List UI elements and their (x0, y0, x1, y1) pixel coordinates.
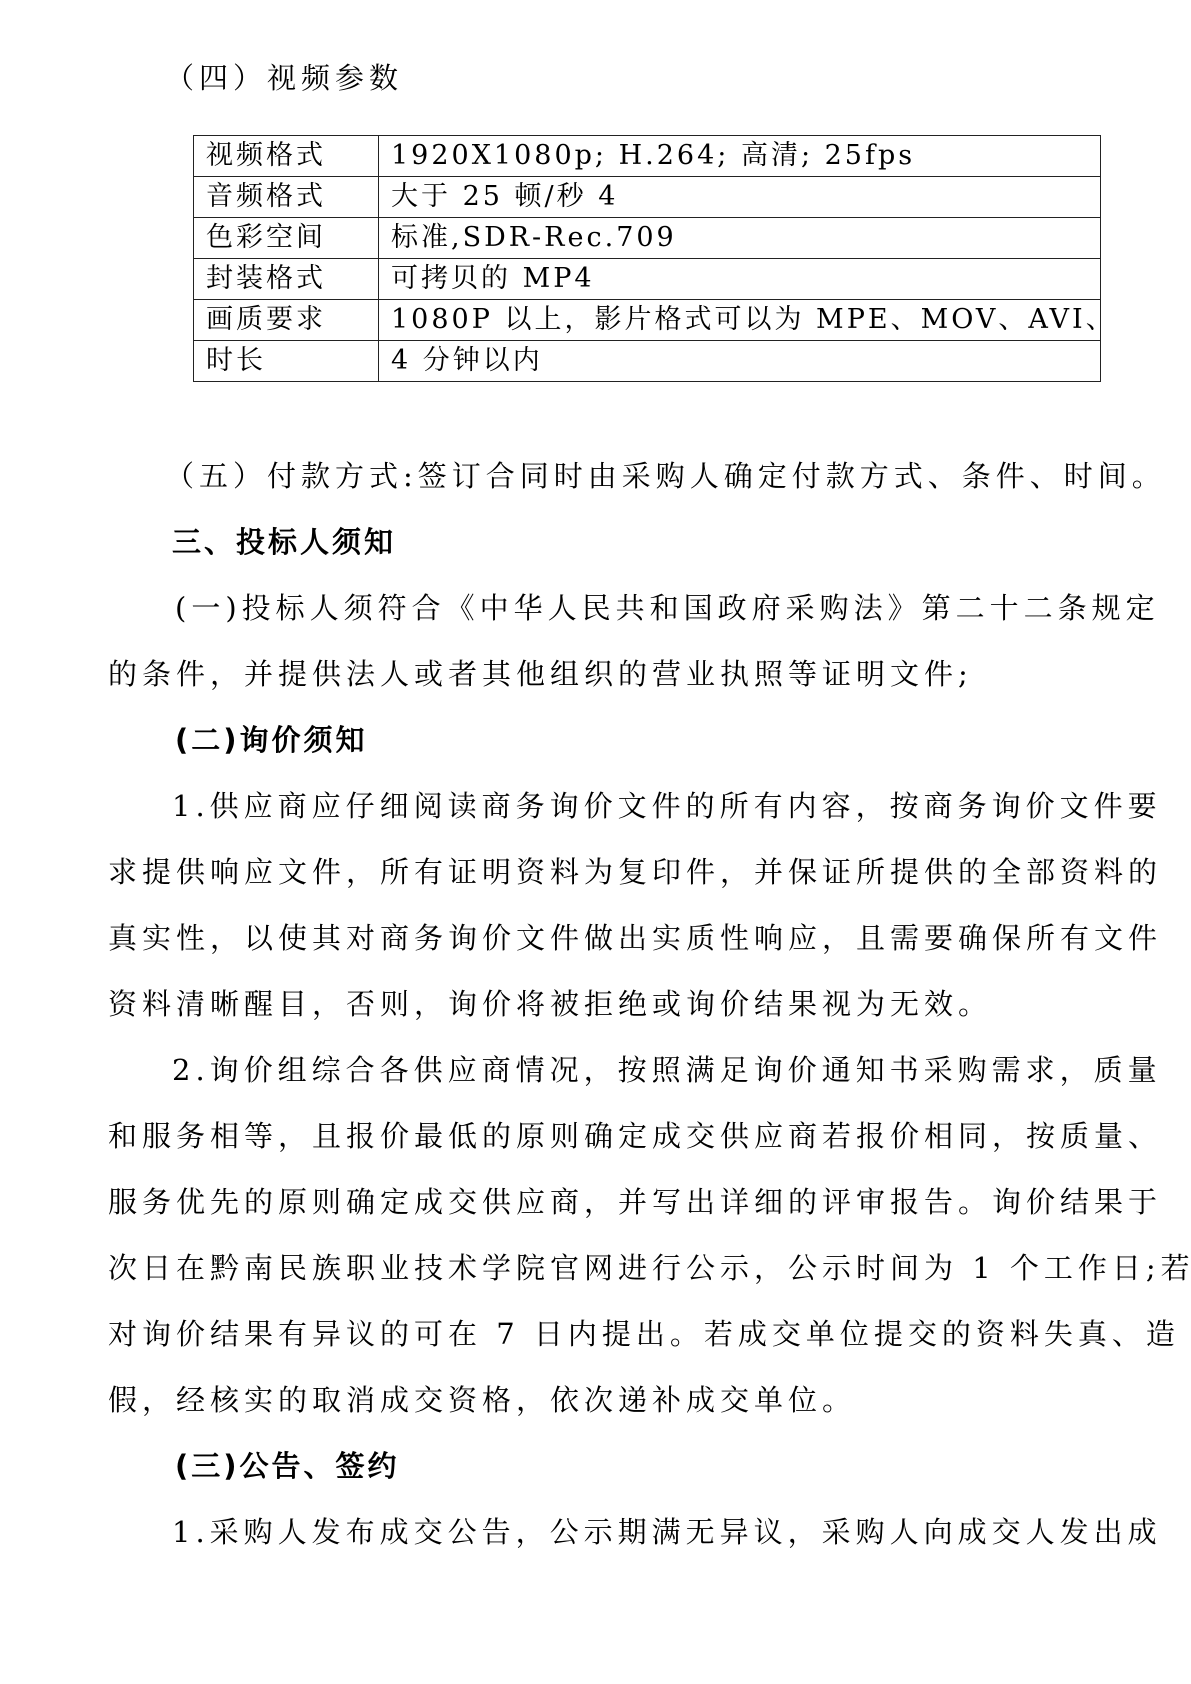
paragraph-line: 真实性，以使其对商务询价文件做出实质性响应，且需要确保所有文件 (108, 918, 1162, 958)
table-cell-label: 音频格式 (194, 177, 379, 218)
table-cell-value: 可拷贝的 MP4 (379, 259, 1101, 300)
subsection-heading-inquiry-notice: (二)询价须知 (175, 720, 368, 760)
paragraph-line: 1.采购人发布成交公告，公示期满无异议，采购人向成交人发出成 (172, 1512, 1162, 1552)
table-cell-label: 色彩空间 (194, 218, 379, 259)
table-cell-value: 1920X1080p; H.264; 高清; 25fps (379, 136, 1101, 177)
subsection-heading-announcement-signing: (三)公告、签约 (175, 1446, 400, 1486)
section-heading-bidder-notice: 三、投标人须知 (172, 522, 396, 562)
table-cell-label: 封装格式 (194, 259, 379, 300)
paragraph-line: 假，经核实的取消成交资格，依次递补成交单位。 (108, 1380, 856, 1420)
table-row: 封装格式 可拷贝的 MP4 (194, 259, 1101, 300)
paragraph-line: 的条件，并提供法人或者其他组织的营业执照等证明文件; (108, 654, 973, 694)
paragraph-line: (一)投标人须符合《中华人民共和国政府采购法》第二十二条规定 (175, 588, 1160, 628)
table-cell-label: 画质要求 (194, 300, 379, 341)
table-row: 音频格式 大于 25 顿/秒 4 (194, 177, 1101, 218)
table-row: 时长 4 分钟以内 (194, 341, 1101, 382)
paragraph-line: 服务优先的原则确定成交供应商，并写出详细的评审报告。询价结果于 (108, 1182, 1162, 1222)
table-row: 画质要求 1080P 以上，影片格式可以为 MPE、MOV、AVI、MP4 格 (194, 300, 1101, 341)
table-cell-label: 视频格式 (194, 136, 379, 177)
table-cell-value: 标准,SDR-Rec.709 (379, 218, 1101, 259)
section-heading-video-params: （四）视频参数 (165, 58, 403, 98)
paragraph-line: 求提供响应文件，所有证明资料为复印件，并保证所提供的全部资料的 (108, 852, 1162, 892)
paragraph-line: 对询价结果有异议的可在 7 日内提出。若成交单位提交的资料失真、造 (108, 1314, 1180, 1354)
paragraph-line: 资料清晰醒目，否则，询价将被拒绝或询价结果视为无效。 (108, 984, 992, 1024)
table-cell-label: 时长 (194, 341, 379, 382)
table-row: 视频格式 1920X1080p; H.264; 高清; 25fps (194, 136, 1101, 177)
paragraph-line: 2.询价组综合各供应商情况，按照满足询价通知书采购需求，质量 (172, 1050, 1162, 1090)
table-cell-value: 4 分钟以内 (379, 341, 1101, 382)
video-params-table: 视频格式 1920X1080p; H.264; 高清; 25fps 音频格式 大… (193, 135, 1101, 382)
table-cell-value: 1080P 以上，影片格式可以为 MPE、MOV、AVI、MP4 格 (379, 300, 1101, 341)
paragraph-line: 次日在黔南民族职业技术学院官网进行公示，公示时间为 1 个工作日;若 (108, 1248, 1191, 1288)
payment-method-paragraph: （五）付款方式:签订合同时由采购人确定付款方式、条件、时间。 (165, 456, 1166, 496)
paragraph-line: 1.供应商应仔细阅读商务询价文件的所有内容，按商务询价文件要 (172, 786, 1162, 826)
paragraph-line: 和服务相等，且报价最低的原则确定成交供应商若报价相同，按质量、 (108, 1116, 1162, 1156)
table-row: 色彩空间 标准,SDR-Rec.709 (194, 218, 1101, 259)
table-cell-value: 大于 25 顿/秒 4 (379, 177, 1101, 218)
document-page: （四）视频参数 视频格式 1920X1080p; H.264; 高清; 25fp… (0, 0, 1191, 1684)
